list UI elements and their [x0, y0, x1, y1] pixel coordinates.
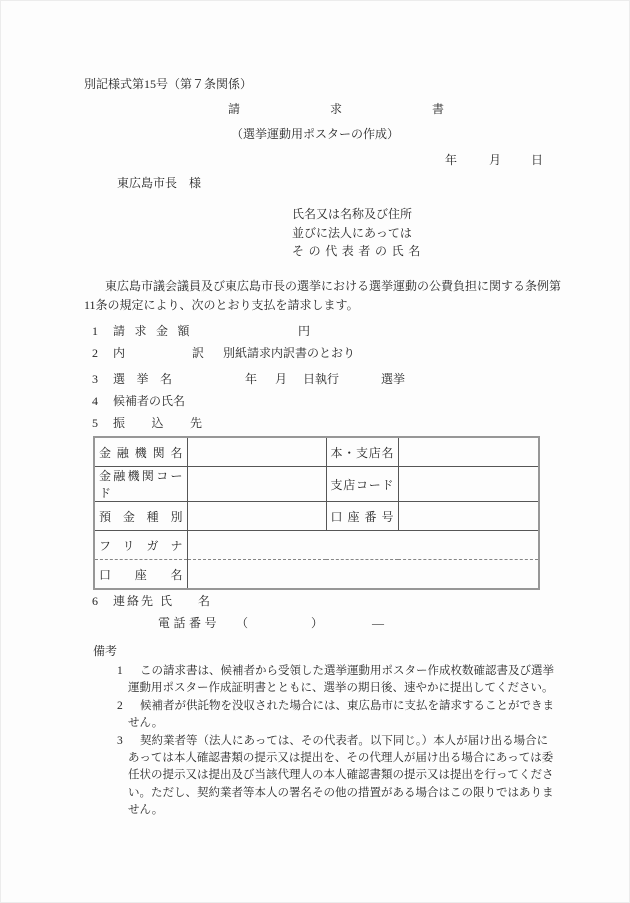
contact-label: 連絡先	[113, 593, 155, 609]
item-number: 5	[92, 415, 98, 431]
item-label: 候補者の氏名	[113, 393, 185, 409]
note-text: この請求書は、候補者から受領した選挙運動用ポスター作成枚数確認書及び選挙	[140, 665, 554, 677]
note-line: 任状の提示又は提出及び当該代理人の本人確認書類の提示又は提出を行ってくださ	[84, 767, 604, 784]
item-number: 2	[92, 345, 98, 361]
note-number: 2	[117, 698, 140, 715]
item-label: 振込先	[113, 415, 229, 431]
note-text: 候補者が供託物を没収された場合には、東広島市に支払を請求することができま	[140, 700, 554, 712]
note-line: 3契約業者等（法人にあっては、その代表者。以下同じ。）本人が届け出る場合に	[84, 733, 604, 750]
branch-code-label: 支店コード	[326, 467, 398, 502]
item-label: 選挙名	[113, 371, 184, 387]
item-transfer-account: 5 振込先	[0, 415, 630, 431]
note-line: 1この請求書は、候補者から受領した選挙運動用ポスター作成枚数確認書及び選挙	[84, 663, 604, 680]
bank-code-field	[187, 467, 326, 502]
note-text: 契約業者等（法人にあっては、その代表者。以下同じ。）本人が届け出る場合に	[140, 735, 548, 747]
remarks-notes: 1この請求書は、候補者から受領した選挙運動用ポスター作成枚数確認書及び選挙 運動…	[84, 663, 604, 820]
intro-paragraph-line-1: 東広島市議会議員及び東広島市長の選挙における選挙運動の公費負担に関する条例第	[84, 278, 561, 294]
phone-paren-close: ）	[311, 615, 323, 631]
election-month-label: 月	[275, 371, 287, 387]
item-number: 3	[92, 371, 98, 387]
furigana-field	[187, 531, 539, 560]
form-number-notice: 別記様式第15号（第７条関係）	[84, 76, 252, 92]
remarks-heading: 備考	[93, 643, 117, 659]
note-number: 3	[117, 733, 140, 750]
contact-name-label-1: 氏	[160, 593, 172, 609]
contact-name-label-2: 名	[198, 593, 210, 609]
table-row: 金融機関名 本・支店名	[94, 437, 539, 467]
item-number: 1	[92, 323, 98, 339]
note-line: 運動用ポスター作成証明書とともに、選挙の期日後、速やかに提出してください。	[84, 680, 604, 697]
furigana-label: フリガナ	[94, 531, 187, 560]
date-year-label: 年	[445, 152, 457, 168]
note-line: い。ただし、契約業者等本人の署名その他の措置がある場合はこの限りではありま	[84, 785, 604, 802]
page-title: 請求書	[228, 101, 534, 117]
phone-label: 電話番号	[158, 615, 220, 631]
yen-unit-label: 円	[298, 323, 310, 339]
item-breakdown: 2 内訳 別紙請求内訳書のとおり	[0, 345, 630, 361]
branch-name-field	[398, 437, 539, 467]
deposit-type-label: 預金種別	[94, 502, 187, 531]
table-row: 金融機関コード 支店コード	[94, 467, 539, 502]
item-number: 6	[92, 593, 98, 609]
date-line: 年 月 日	[0, 152, 630, 168]
election-day-exec-label: 日執行	[303, 371, 339, 387]
phone-paren-open: （	[236, 615, 248, 631]
addressee: 東広島市長 様	[117, 175, 201, 191]
intro-paragraph-line-2: 11条の規定により、次のとおり支払を請求します。	[84, 297, 359, 313]
item-value: 別紙請求内訳書のとおり	[223, 345, 355, 361]
branch-code-field	[398, 467, 539, 502]
item-label: 請求金額	[113, 323, 199, 339]
note-line: あっては本人確認書類の提示又は提出を、その代理人が届け出る場合にあっては委	[84, 750, 604, 767]
item-election-name: 3 選挙名 年 月 日執行 選挙	[0, 371, 630, 387]
applicant-name-block: 氏名又は名称及び住所 並びに法人にあっては その代表者の氏名	[292, 205, 425, 261]
account-number-field	[398, 502, 539, 531]
deposit-type-field	[187, 502, 326, 531]
table-row: 預金種別 口座番号	[94, 502, 539, 531]
applicant-line-2: 並びに法人にあっては	[292, 224, 425, 243]
account-holder-field	[187, 560, 539, 590]
bank-account-table: 金融機関名 本・支店名 金融機関コード 支店コード 預金種別 口座番号 フリガナ…	[93, 436, 540, 590]
note-number: 1	[117, 663, 140, 680]
item-amount: 1 請求金額 円	[0, 323, 630, 339]
bank-name-label: 金融機関名	[94, 437, 187, 467]
election-year-label: 年	[245, 371, 257, 387]
item-candidate-name: 4 候補者の氏名	[0, 393, 630, 409]
branch-name-label: 本・支店名	[326, 437, 398, 467]
applicant-line-3: その代表者の氏名	[292, 242, 425, 261]
page-subtitle: （選挙運動用ポスターの作成）	[231, 126, 399, 142]
table-row: 口座名	[94, 560, 539, 590]
note-line: せん。	[84, 802, 604, 819]
election-suffix-label: 選挙	[381, 371, 405, 387]
account-number-label: 口座番号	[326, 502, 398, 531]
bank-code-label: 金融機関コード	[94, 467, 187, 502]
date-month-label: 月	[489, 152, 501, 168]
request-form-page: 別記様式第15号（第７条関係） 請求書 （選挙運動用ポスターの作成） 年 月 日…	[0, 0, 630, 903]
date-day-label: 日	[531, 152, 543, 168]
table-row: フリガナ	[94, 531, 539, 560]
note-line: 2候補者が供託物を没収された場合には、東広島市に支払を請求することができま	[84, 698, 604, 715]
contact-phone-line: 電話番号 （ ） —	[0, 615, 630, 631]
note-line: せん。	[84, 715, 604, 732]
bank-name-field	[187, 437, 326, 467]
phone-dash: —	[372, 615, 384, 631]
account-holder-label: 口座名	[94, 560, 187, 590]
item-number: 4	[92, 393, 98, 409]
applicant-line-1: 氏名又は名称及び住所	[292, 205, 425, 224]
contact-name-line: 6 連絡先 氏 名	[0, 593, 630, 609]
